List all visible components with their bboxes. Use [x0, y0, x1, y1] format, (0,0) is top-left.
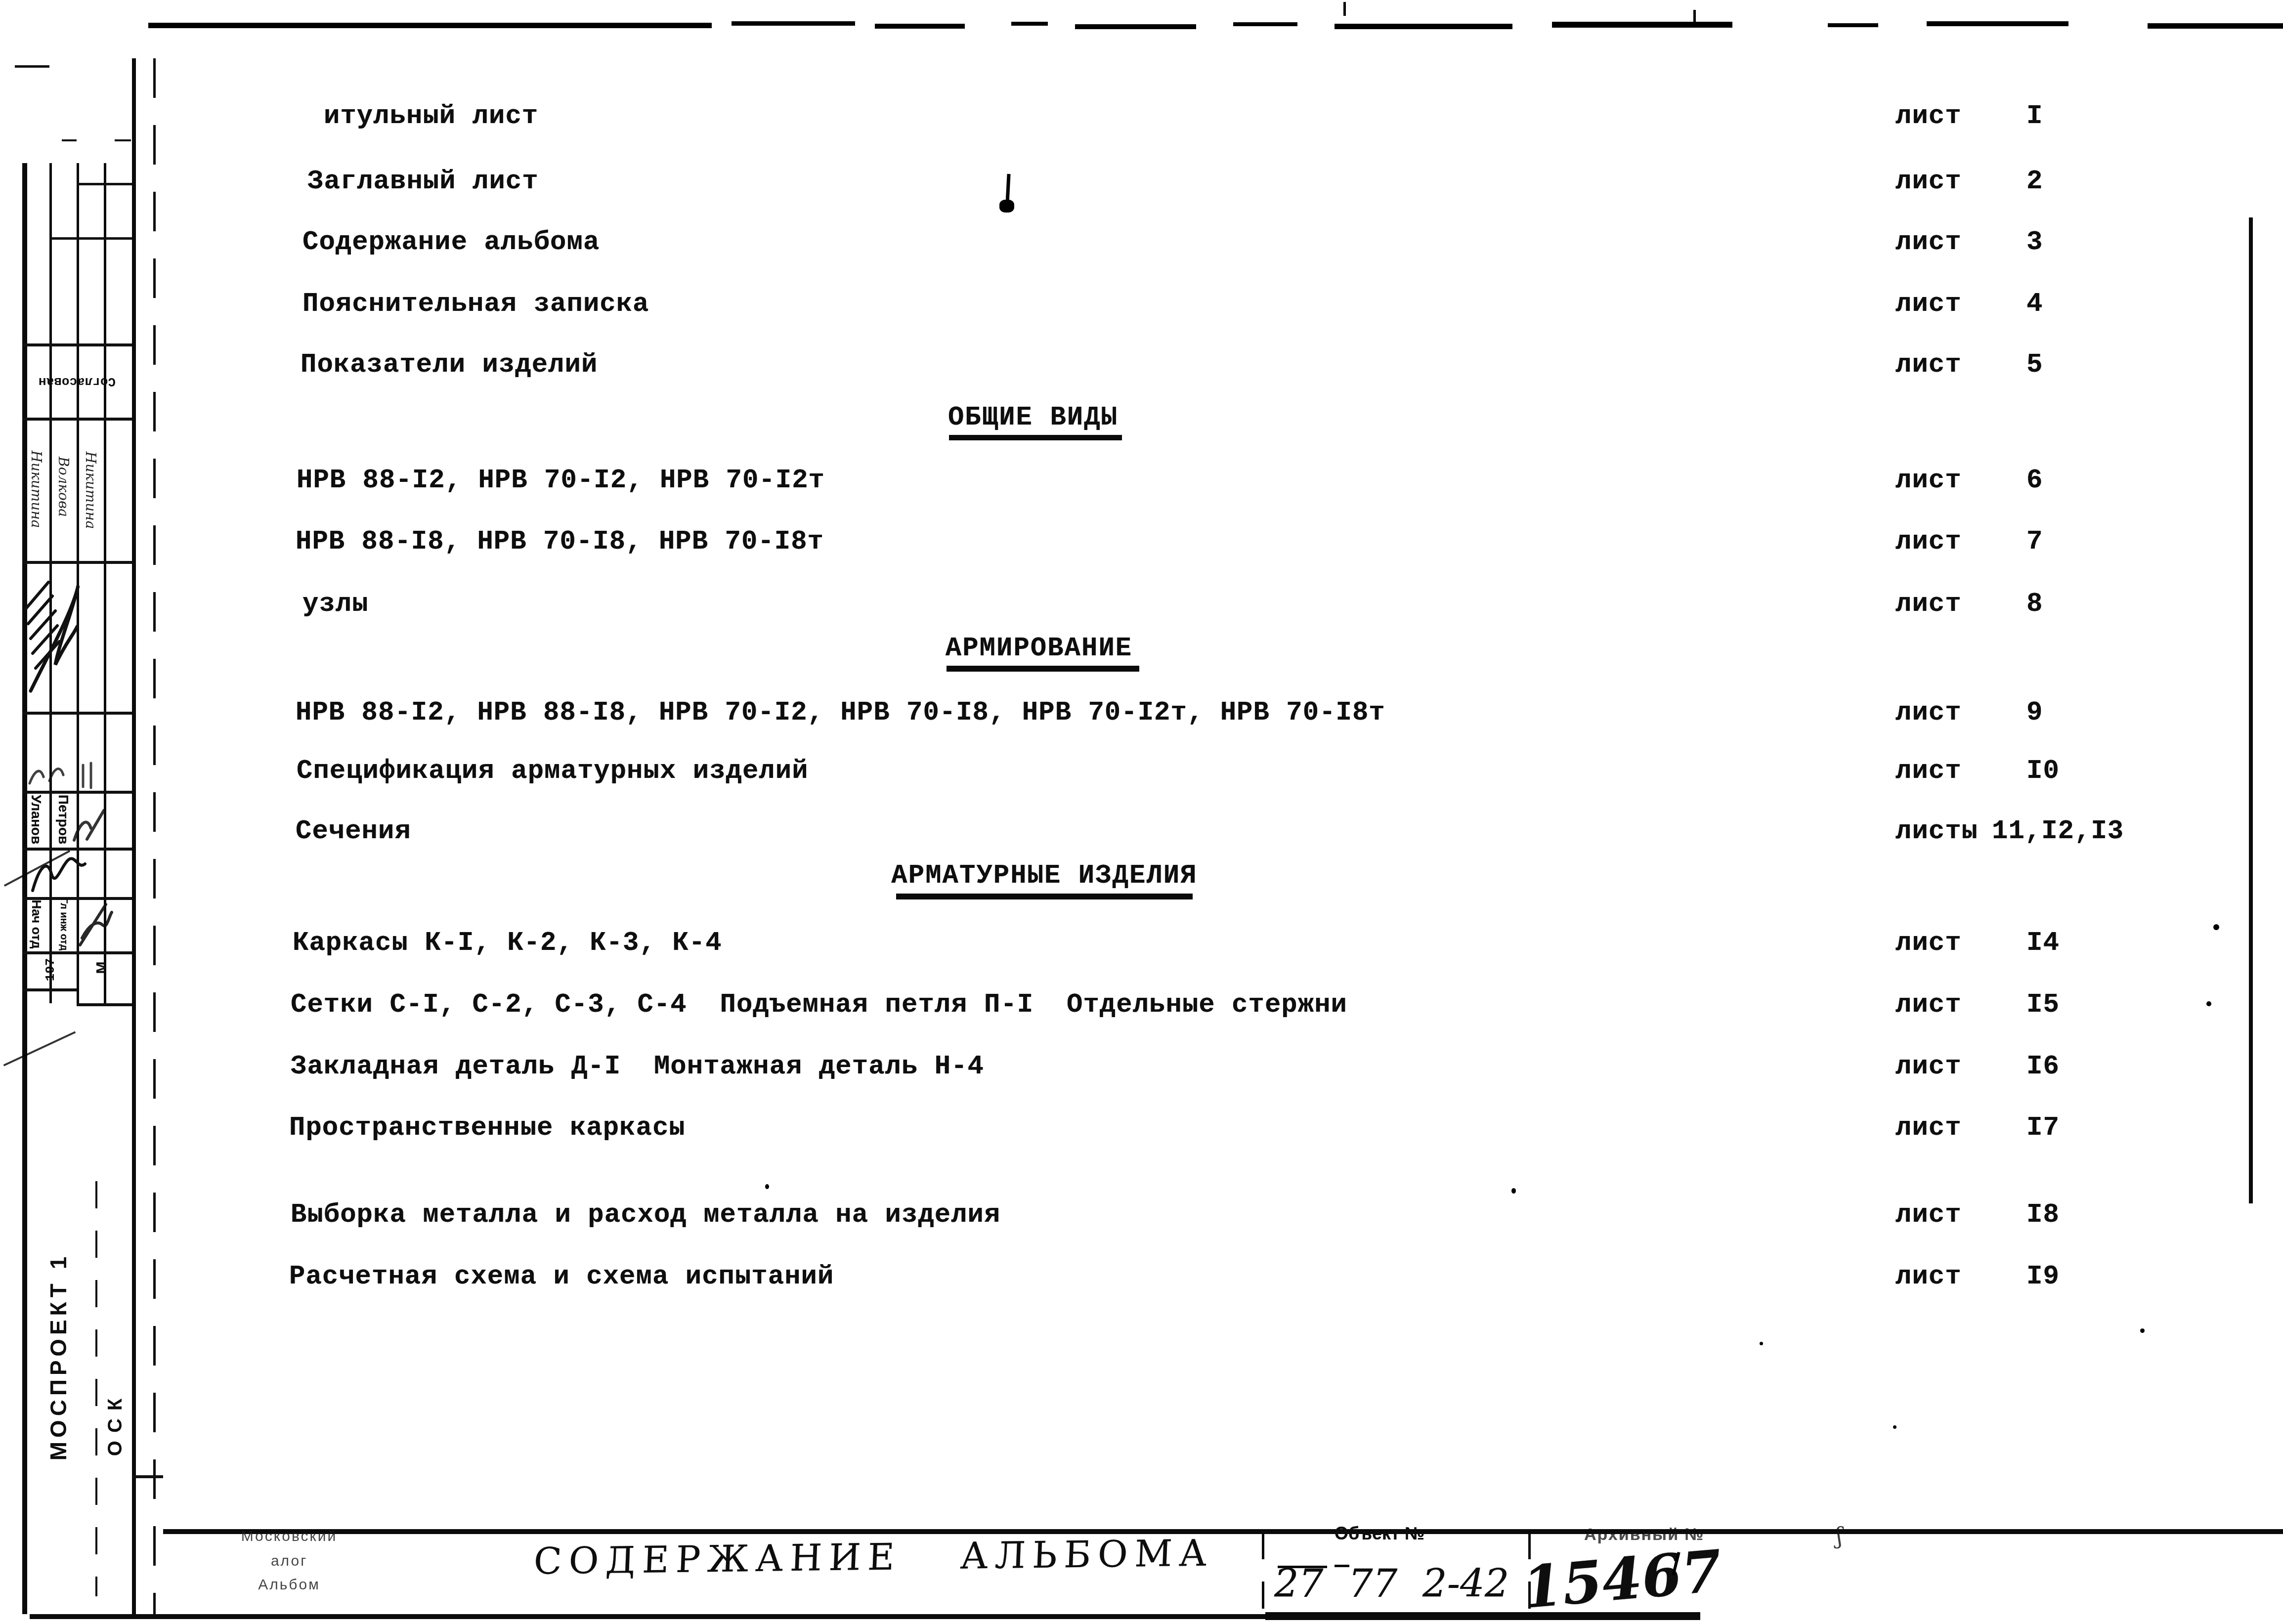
sheet-number: 6 [2026, 466, 2043, 496]
toc-entry-title: итульный лист [324, 101, 538, 131]
scan-speck [1893, 1425, 1896, 1429]
object-number-label: Объект № [1335, 1523, 1424, 1544]
section-heading-text: АРМИРОВАНИЕ [946, 634, 1132, 664]
toc-entry-title: Пространственные каркасы [289, 1113, 686, 1143]
heading-underline [949, 435, 1122, 440]
ink-blot [999, 200, 1014, 213]
sheet-label: лист [1895, 101, 1962, 131]
document-title: СОДЕРЖАНИЕ АЛЬБОМА [533, 1532, 1214, 1583]
scan-speck [1760, 1342, 1763, 1345]
section-heading-text: АРМАТУРНЫЕ ИЗДЕЛИЯ [891, 861, 1197, 891]
toc-entry-title: Спецификация арматурных изделий [297, 756, 809, 786]
titleblock-top-border [163, 1529, 2283, 1534]
toc-entry-title: НРВ 88-I2, НРВ 88-I8, НРВ 70-I2, НРВ 70-… [296, 698, 1385, 728]
sheet-label: лист [1895, 167, 1962, 197]
sheet-number: I5 [2026, 990, 2060, 1020]
titleblock-bottom-border [1265, 1612, 1700, 1620]
titleblock-org-line: Московский [241, 1528, 337, 1545]
sheet-number: 9 [2026, 698, 2043, 728]
sheet-label: лист [1895, 527, 1962, 557]
sheet-number: I4 [2026, 928, 2060, 958]
sheet-number: 8 [2026, 589, 2043, 619]
sheet-number: I9 [2026, 1262, 2060, 1292]
toc-entry-title: Пояснительная записка [302, 289, 649, 319]
sheet-label: лист [1895, 1052, 1962, 1082]
scan-speck [2140, 1328, 2145, 1333]
sheet-number: I0 [2026, 756, 2060, 786]
sheet-label: лист [1895, 990, 1962, 1020]
sheet-label: лист [1895, 928, 1962, 958]
sheet-number: I [2026, 101, 2043, 131]
sheet-number: 2 [2026, 167, 2043, 197]
sheet-label: лист [1895, 289, 1962, 319]
sheet-number: 7 [2026, 527, 2043, 557]
sheet-number: 5 [2026, 350, 2043, 380]
right-frame-line [2249, 217, 2253, 1203]
sheet-label: лист [1895, 227, 1962, 257]
sheet-label: лист [1895, 350, 1962, 380]
object-number-value: 27 77 2-42 [1274, 1562, 1509, 1606]
heading-underline [896, 894, 1193, 899]
titleblock-org-line: Альбом [258, 1577, 320, 1593]
sheet-number: 4 [2026, 289, 2043, 319]
section-heading-rebar-products: АРМАТУРНЫЕ ИЗДЕЛИЯ [891, 861, 1197, 891]
scan-speck [1511, 1188, 1516, 1194]
scan-speck [2206, 1001, 2211, 1006]
scan-speck [2213, 924, 2219, 930]
toc-entry-title: Каркасы К-I, К-2, К-3, К-4 [293, 928, 722, 958]
sheet-number: 11,I2,I3 [1992, 816, 2124, 847]
titleblock-bottom-border [30, 1614, 1265, 1619]
sheet-number: I6 [2026, 1052, 2060, 1082]
sheet-number: I7 [2026, 1113, 2060, 1143]
toc-entry-title: Заглавный лист [307, 167, 539, 197]
toc-entry-title: НРВ 88-I8, НРВ 70-I8, НРВ 70-I8т [296, 527, 824, 557]
toc-entry-title: НРВ 88-I2, НРВ 70-I2, НРВ 70-I2т [297, 466, 825, 496]
toc-entry-title: Сечения [296, 816, 411, 847]
scan-speck [765, 1184, 769, 1189]
toc-entry-title: Закладная деталь Д-I Монтажная деталь Н-… [291, 1052, 984, 1082]
toc-entry-title: Выборка металла и расход металла на изде… [291, 1200, 1000, 1230]
sheet-label: лист [1895, 589, 1962, 619]
section-heading-text: ОБЩИЕ ВИДЫ [948, 403, 1118, 433]
section-heading-general-views: ОБЩИЕ ВИДЫ [948, 403, 1118, 433]
toc-entry-title: Сетки С-I, С-2, С-3, С-4 Подъемная петля… [291, 990, 1347, 1020]
sheet-label: лист [1895, 756, 1962, 786]
sheet-label: лист [1895, 698, 1962, 728]
sheet-label: лист [1895, 1200, 1962, 1230]
heading-underline [947, 666, 1139, 672]
sheet-label: лист [1895, 1262, 1962, 1292]
toc-entry-title: Содержание альбома [302, 227, 600, 257]
sheet-number: 3 [2026, 227, 2043, 257]
sheet-label: листы [1895, 816, 1978, 847]
toc-entry-title: узлы [302, 589, 369, 619]
toc-entry-title: Показатели изделий [301, 350, 598, 380]
sheet-label: лист [1895, 1113, 1962, 1143]
toc-entry-title: Расчетная схема и схема испытаний [289, 1262, 834, 1292]
sheet-number: I8 [2026, 1200, 2060, 1230]
section-heading-reinforcement: АРМИРОВАНИЕ [946, 634, 1132, 664]
stray-mark: ʃ [1836, 1522, 1843, 1549]
titleblock-org-line: алог [271, 1553, 307, 1570]
toc-row-17: Расчетная схема и схема испытаний лист I… [0, 0, 2283, 35]
sheet-label: лист [1895, 466, 1962, 496]
titleblock-divider [1262, 1532, 1264, 1614]
scanned-document-page: Согласован Никитина Волкова Никитина Ула… [0, 0, 2283, 1624]
